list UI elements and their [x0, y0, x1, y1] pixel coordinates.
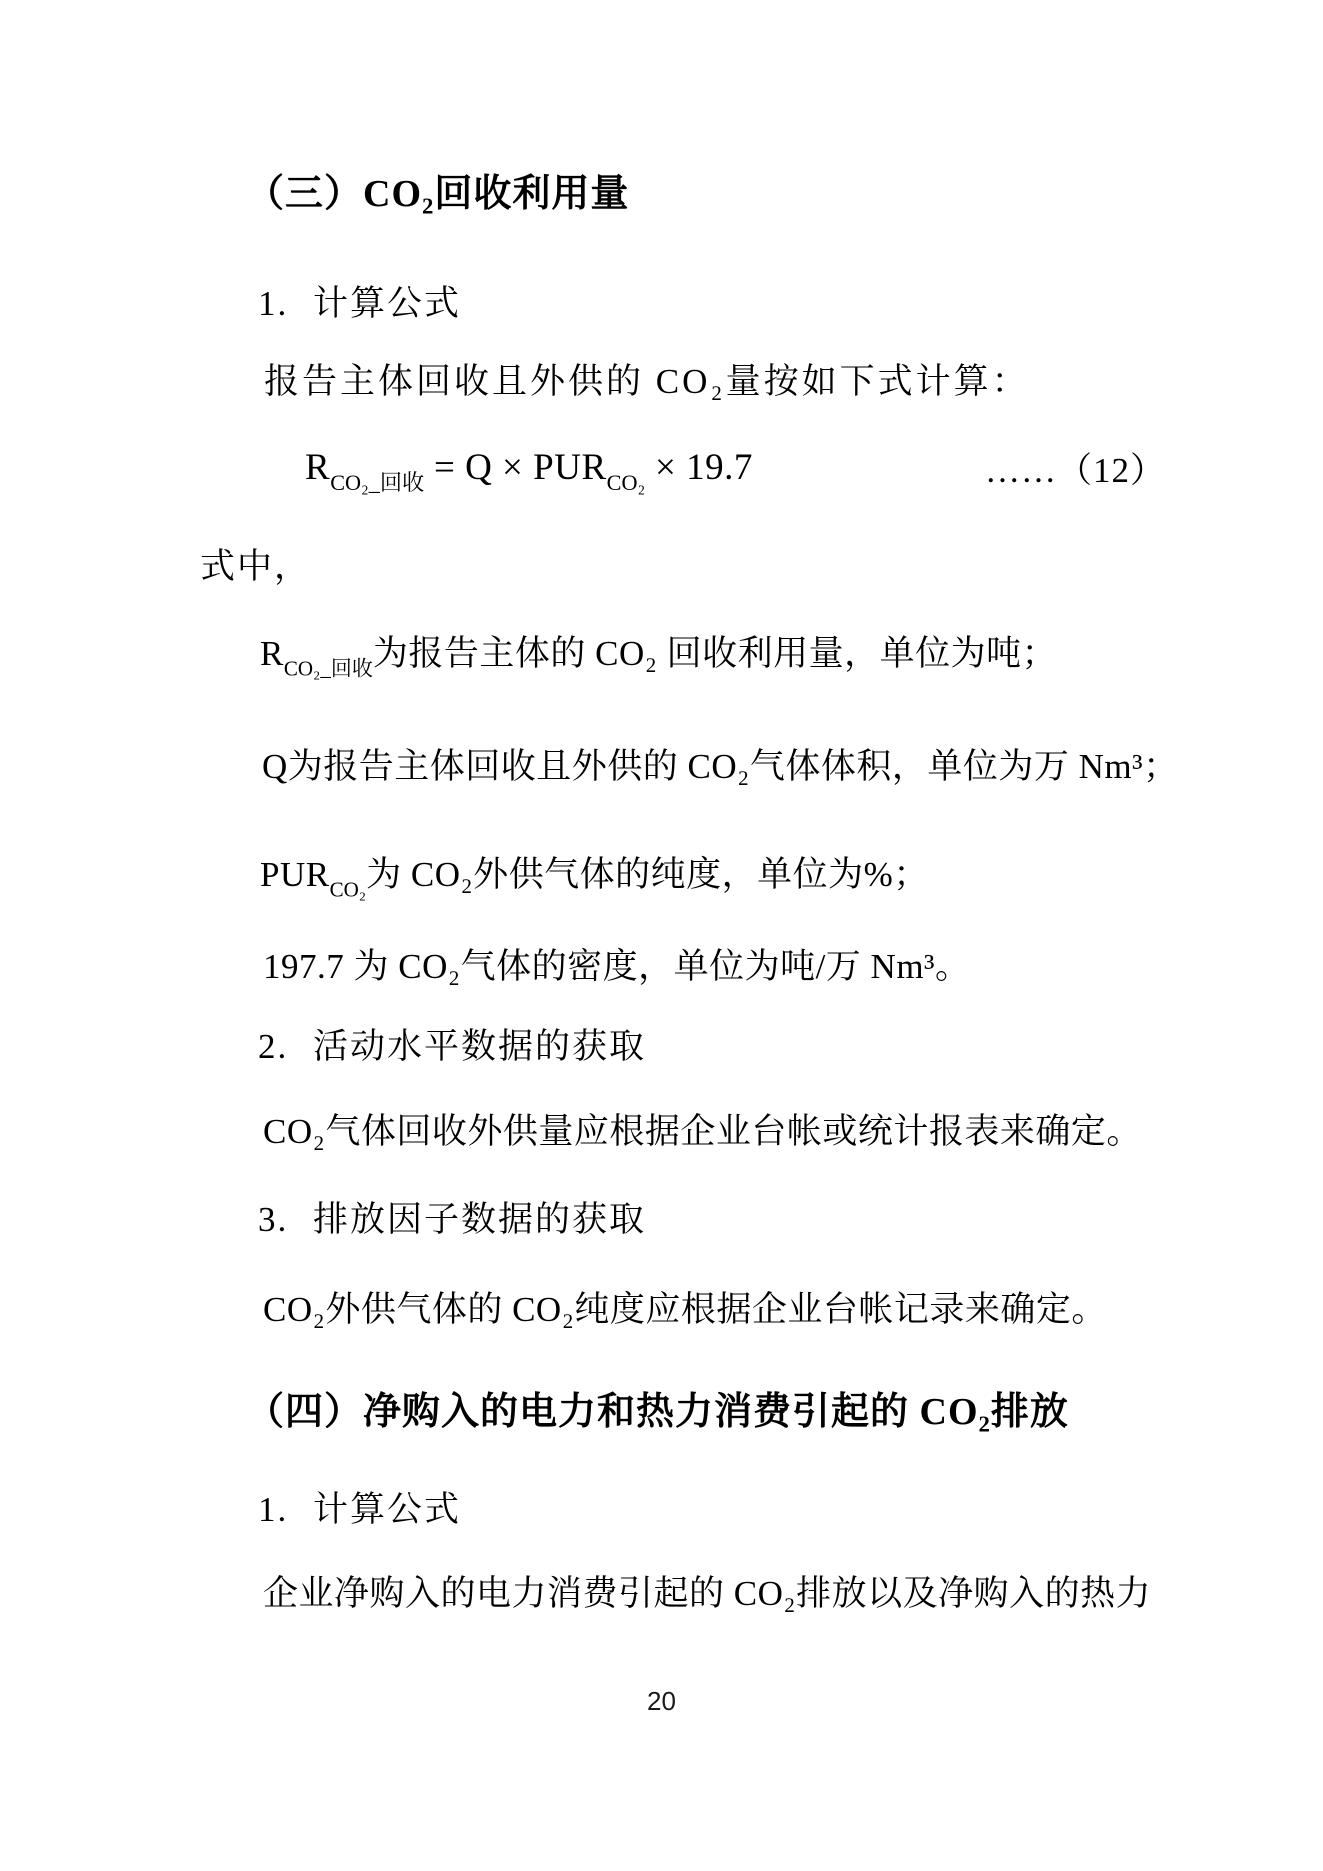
- term-q: Q为报告主体回收且外供的 CO₂气体体积，单位为万 Nm³；: [262, 746, 1179, 787]
- formula-intro: 报告主体回收且外供的 CO₂量按如下式计算：: [264, 361, 1030, 402]
- term-density: 197.7 为 CO₂气体的密度，单位为吨/万 Nm³。: [263, 946, 971, 987]
- section3-heading: （三）CO₂回收利用量: [246, 172, 629, 217]
- term-pur-text: 为 CO₂外供气体的纯度，单位为%；: [366, 855, 929, 894]
- activity-data-subhead: 2. 活动水平数据的获取: [258, 1026, 646, 1067]
- term-pur: PURCO₂为 CO₂外供气体的纯度，单位为%；: [260, 854, 929, 902]
- emission-factor-subhead: 3. 排放因子数据的获取: [258, 1199, 646, 1240]
- term-r-text: 为报告主体的 CO₂ 回收利用量，单位为吨；: [373, 634, 1057, 673]
- formula-lhs-base: R: [305, 447, 330, 488]
- formula-rhs: = Q × PUR: [424, 447, 606, 488]
- term-r-base: R: [260, 634, 284, 673]
- formula-12: RCO₂_回收 = Q × PURCO₂ × 19.7: [305, 446, 753, 496]
- term-pur-subscript: CO₂: [330, 878, 367, 902]
- section4-heading: （四）净购入的电力和热力消费引起的 CO₂排放: [246, 1390, 1069, 1435]
- term-pur-base: PUR: [260, 855, 330, 894]
- section3-calc-formula-subhead: 1. 计算公式: [258, 283, 461, 324]
- emission-factor-body: CO₂外供气体的 CO₂纯度应根据企业台帐记录来确定。: [263, 1289, 1107, 1330]
- formula-rhs-tail: × 19.7: [645, 447, 753, 488]
- section4-calc-formula-subhead: 1. 计算公式: [258, 1489, 461, 1530]
- document-page: （三）CO₂回收利用量 1. 计算公式 报告主体回收且外供的 CO₂量按如下式计…: [0, 0, 1323, 1871]
- formula-lhs-subscript: CO₂_回收: [330, 470, 424, 495]
- section4-body: 企业净购入的电力消费引起的 CO₂排放以及净购入的热力: [263, 1573, 1151, 1614]
- formula-rhs-subscript: CO₂: [607, 470, 646, 495]
- term-r: RCO₂_回收为报告主体的 CO₂ 回收利用量，单位为吨；: [260, 633, 1057, 681]
- activity-data-body: CO₂气体回收外供量应根据企业台帐或统计报表来确定。: [263, 1111, 1142, 1152]
- page-number: 20: [0, 1686, 1323, 1717]
- term-r-subscript: CO₂_回收: [284, 657, 373, 681]
- formula-number: ……（12）: [985, 450, 1166, 491]
- where-label: 式中，: [200, 546, 311, 587]
